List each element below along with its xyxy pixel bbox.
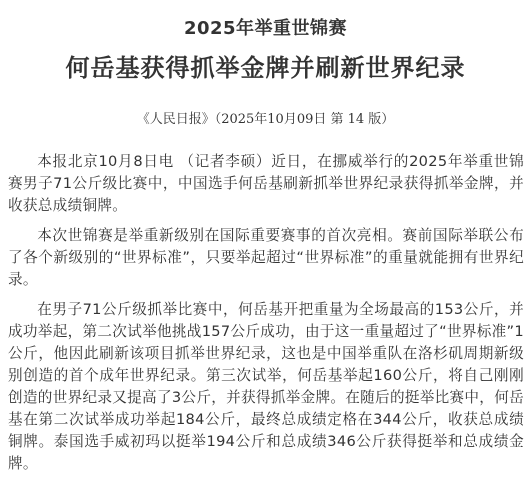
article-kicker: 2025年举重世锦赛 (0, 14, 531, 40)
article-paragraph: 本次世锦赛是举重新级别在国际重要赛事的首次亮相。赛前国际举联公布了各个新级别的“… (8, 225, 524, 291)
article-source: 《人民日报》（2025年10月09日 第 14 版） (0, 108, 531, 127)
article-paragraph: 本报北京10月8日电 （记者李硕）近日，在挪威举行的2025年举重世锦赛男子71… (8, 151, 524, 217)
article-page: 2025年举重世锦赛 何岳基获得抓举金牌并刷新世界纪录 《人民日报》（2025年… (0, 0, 531, 500)
article-paragraph: 在男子71公斤级抓举比赛中，何岳基开把重量为全场最高的153公斤，并成功举起，第… (8, 299, 524, 475)
article-body: 本报北京10月8日电 （记者李硕）近日，在挪威举行的2025年举重世锦赛男子71… (8, 151, 524, 483)
article-headline: 何岳基获得抓举金牌并刷新世界纪录 (0, 48, 531, 83)
